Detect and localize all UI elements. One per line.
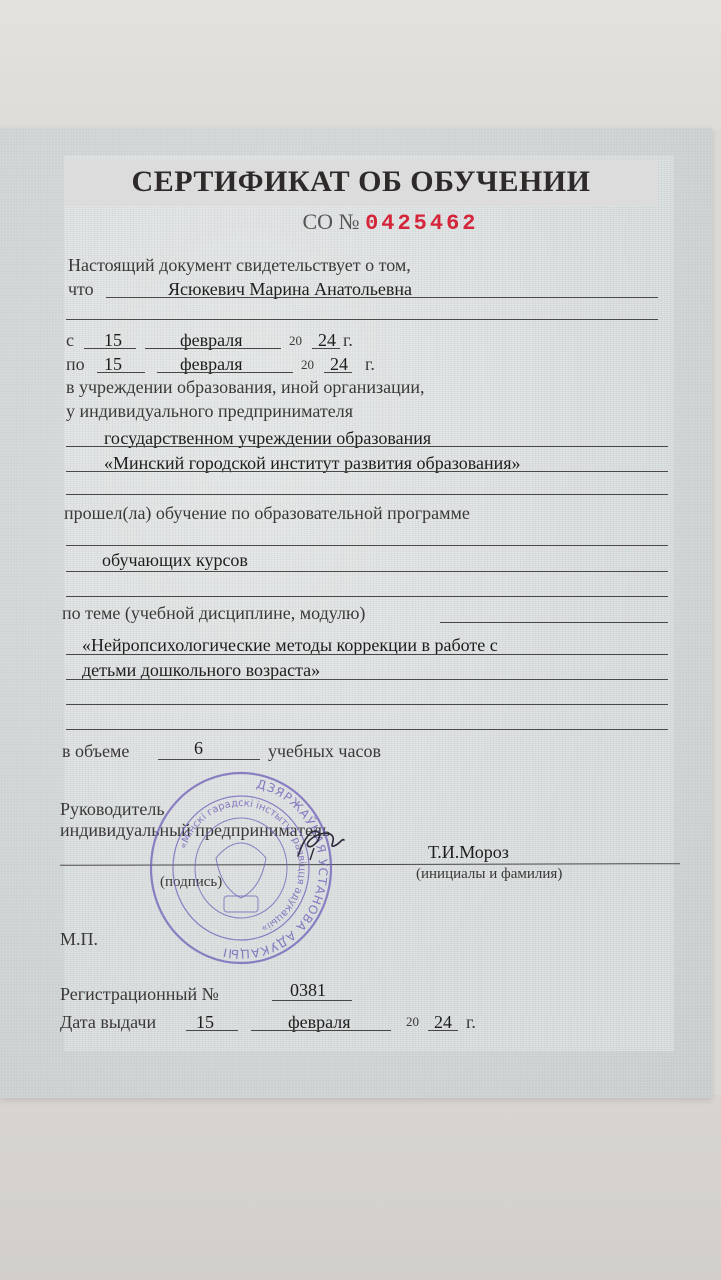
program-value: обучающих курсов [102, 550, 248, 571]
seal-label: М.П. [60, 929, 98, 950]
from-month-underline [145, 348, 281, 349]
topic-label-underline [440, 622, 668, 623]
topic-underline-1 [66, 654, 668, 655]
background-bottom [0, 1095, 721, 1280]
volume-underline [158, 759, 260, 760]
name-underline-2 [66, 319, 658, 320]
that-label: что [68, 279, 94, 300]
registration-label: Регистрационный № [60, 984, 219, 1005]
intro-line: Настоящий документ свидетельствует о том… [68, 255, 411, 276]
period-from-year-prefix: 20 [289, 333, 302, 349]
certificate-title: СЕРТИФИКАТ ОБ ОБУЧЕНИИ [64, 165, 658, 199]
institution-underline-1 [66, 446, 668, 447]
program-underline-2 [66, 571, 668, 572]
topic-underline-4 [66, 729, 668, 730]
volume-label: в объеме [62, 741, 129, 762]
serial-number: 0425462 [365, 211, 478, 236]
period-from-label: с [66, 330, 74, 351]
period-to-suffix: г. [365, 354, 375, 375]
program-underline-3 [66, 596, 668, 597]
to-day-underline [97, 372, 145, 373]
name-underline [106, 297, 658, 298]
period-to-year-prefix: 20 [301, 357, 314, 373]
official-stamp-icon: ДЗЯРЖАЎНАЯ УСТАНОВА АДУКАЦЫІ «Мінскі гар… [146, 768, 336, 968]
topic-underline-3 [66, 704, 668, 705]
volume-hours: 6 [194, 738, 203, 759]
topic-underline-2 [66, 679, 668, 680]
to-year-underline [324, 372, 352, 373]
topic-line-2: детьми дошкольного возраста» [82, 660, 320, 681]
head-name: Т.И.Мороз [428, 842, 509, 863]
background-top [0, 0, 721, 130]
registration-underline [272, 1000, 352, 1001]
topic-line-1: «Нейропсихологические методы коррекции в… [82, 635, 498, 656]
topic-label: по теме (учебной дисциплине, модулю) [62, 603, 365, 624]
period-to-label: по [66, 354, 85, 375]
institution-label-2: у индивидуального предпринимателя [66, 401, 353, 422]
institution-underline-3 [66, 494, 668, 495]
issue-year-prefix: 20 [406, 1014, 419, 1030]
serial-label: СО № [303, 209, 360, 234]
issue-month-underline [251, 1030, 391, 1031]
registration-number: 0381 [290, 980, 326, 1001]
program-underline-1 [66, 545, 668, 546]
issue-suffix: г. [466, 1012, 476, 1033]
period-from-suffix: г. [343, 330, 353, 351]
signature-icon [290, 818, 350, 868]
name-caption: (инициалы и фамилия) [416, 866, 562, 883]
issue-year-underline [428, 1030, 458, 1031]
institution-underline-2 [66, 471, 668, 472]
institution-label-1: в учреждении образования, иной организац… [66, 377, 425, 398]
serial-line: СО № 0425462 [0, 209, 721, 236]
from-year-underline [312, 348, 340, 349]
to-month-underline [157, 372, 293, 373]
issue-label: Дата выдачи [60, 1012, 156, 1033]
program-label: прошел(ла) обучение по образовательной п… [64, 503, 470, 524]
volume-unit: учебных часов [268, 741, 381, 762]
from-day-underline [84, 348, 136, 349]
issue-day-underline [186, 1030, 238, 1031]
